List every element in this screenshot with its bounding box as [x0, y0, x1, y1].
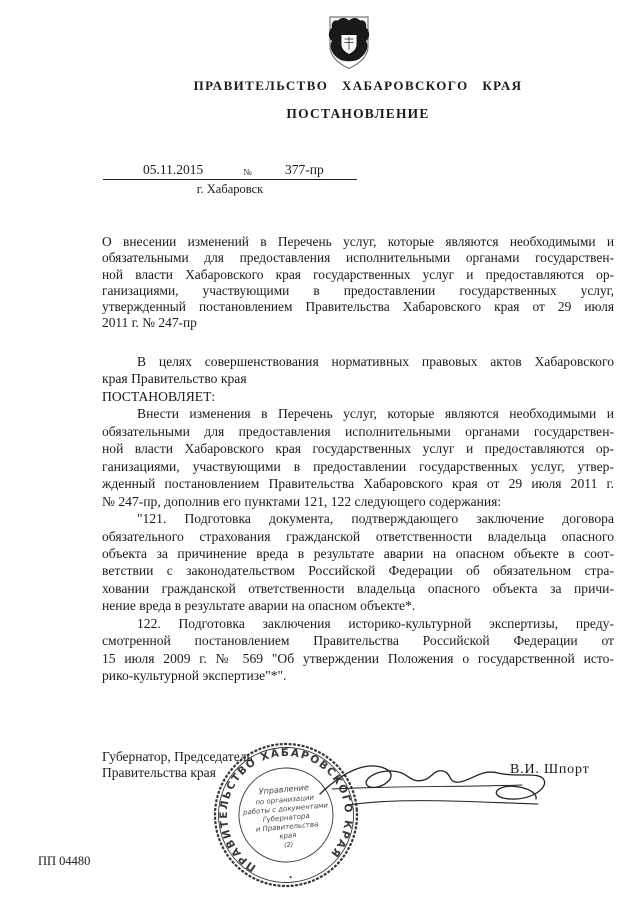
- text-line: жденный постановлением Правительства Хаб…: [102, 475, 614, 492]
- org-name-heading: ПРАВИТЕЛЬСТВО ХАБАРОВСКОГО КРАЯ: [102, 78, 614, 94]
- numero-sign: №: [243, 167, 252, 177]
- text-line: обязательными для предоставления исполни…: [102, 423, 614, 440]
- document-page: ПРАВИТЕЛЬСТВО ХАБАРОВСКОГО КРАЯ ПОСТАНОВ…: [0, 0, 640, 905]
- paragraph-item-122: 122. Подготовка заключения историко-куль…: [102, 615, 614, 685]
- coat-of-arms-icon: [326, 15, 372, 71]
- text-line: 122. Подготовка заключения историко-куль…: [102, 615, 614, 632]
- stamp-inner-line: края: [279, 831, 297, 840]
- text-line: 15 июля 2009 г. № 569 "Об утверждении По…: [102, 650, 614, 667]
- text-line: объекта за причинение вреда в результате…: [102, 545, 614, 562]
- text-line: ветствии с законодательством Российской …: [102, 562, 614, 579]
- text-line: ховании гражданской ответственности влад…: [102, 580, 614, 597]
- text-line: 2011 г. № 247-пр: [102, 315, 614, 331]
- paragraph-item-121: "121. Подготовка документа, подтверждающ…: [102, 510, 614, 615]
- text-line: "121. Подготовка документа, подтверждающ…: [102, 510, 614, 527]
- paragraph-purpose: В целях совершенствования нормативных пр…: [102, 353, 614, 388]
- text-line: нение вреда в результате аварии на опасн…: [102, 597, 614, 614]
- footer-code: ПП 04480: [38, 854, 90, 869]
- doc-meta: 05.11.2015 № 377-пр г. Хабаровск: [103, 162, 357, 197]
- text-line: ной власти Хабаровского края государстве…: [102, 440, 614, 457]
- text-line: № 247-пр, дополнив его пунктами 121, 122…: [102, 493, 614, 510]
- body-text: В целях совершенствования нормативных пр…: [102, 353, 614, 685]
- text-line: ПОСТАНОВЛЯЕТ:: [102, 388, 614, 405]
- doc-place: г. Хабаровск: [103, 180, 357, 197]
- doc-type-heading: ПОСТАНОВЛЕНИЕ: [102, 106, 614, 122]
- paragraph-resolves: ПОСТАНОВЛЯЕТ:: [102, 388, 614, 405]
- text-line: обязательными для предоставления исполни…: [102, 250, 614, 266]
- text-line: рико-культурной экспертизе"*".: [102, 667, 614, 684]
- text-line: ганизациями, участвующими в предоставлен…: [102, 458, 614, 475]
- doc-number: 377-пр: [252, 162, 357, 178]
- text-line: обязательного страхования гражданской от…: [102, 528, 614, 545]
- doc-date: 05.11.2015: [103, 162, 243, 178]
- stamp-ring-separator: ·: [288, 872, 295, 884]
- text-line: ганизациями, участвующими в предоставлен…: [102, 283, 614, 299]
- text-line: смотренной постановлением Правительства …: [102, 632, 614, 649]
- stamp-inner-line: (2): [284, 840, 294, 849]
- coat-of-arms-shield: [326, 15, 372, 71]
- text-line: ной власти Хабаровского края государстве…: [102, 267, 614, 283]
- text-line: края Правительство края: [102, 370, 614, 387]
- text-line: В целях совершенствования нормативных пр…: [102, 353, 614, 370]
- signature-stroke: [312, 742, 552, 822]
- doc-title: О внесении изменений в Перечень услуг, к…: [102, 234, 614, 332]
- paragraph-amendment: Внести изменения в Перечень услуг, котор…: [102, 405, 614, 510]
- text-line: утвержденный постановлением Правительств…: [102, 299, 614, 315]
- text-line: Внести изменения в Перечень услуг, котор…: [102, 405, 614, 422]
- signatory-name: В.И. Шпорт: [510, 762, 590, 778]
- doc-meta-row: 05.11.2015 № 377-пр: [103, 162, 357, 180]
- text-line: О внесении изменений в Перечень услуг, к…: [102, 234, 614, 250]
